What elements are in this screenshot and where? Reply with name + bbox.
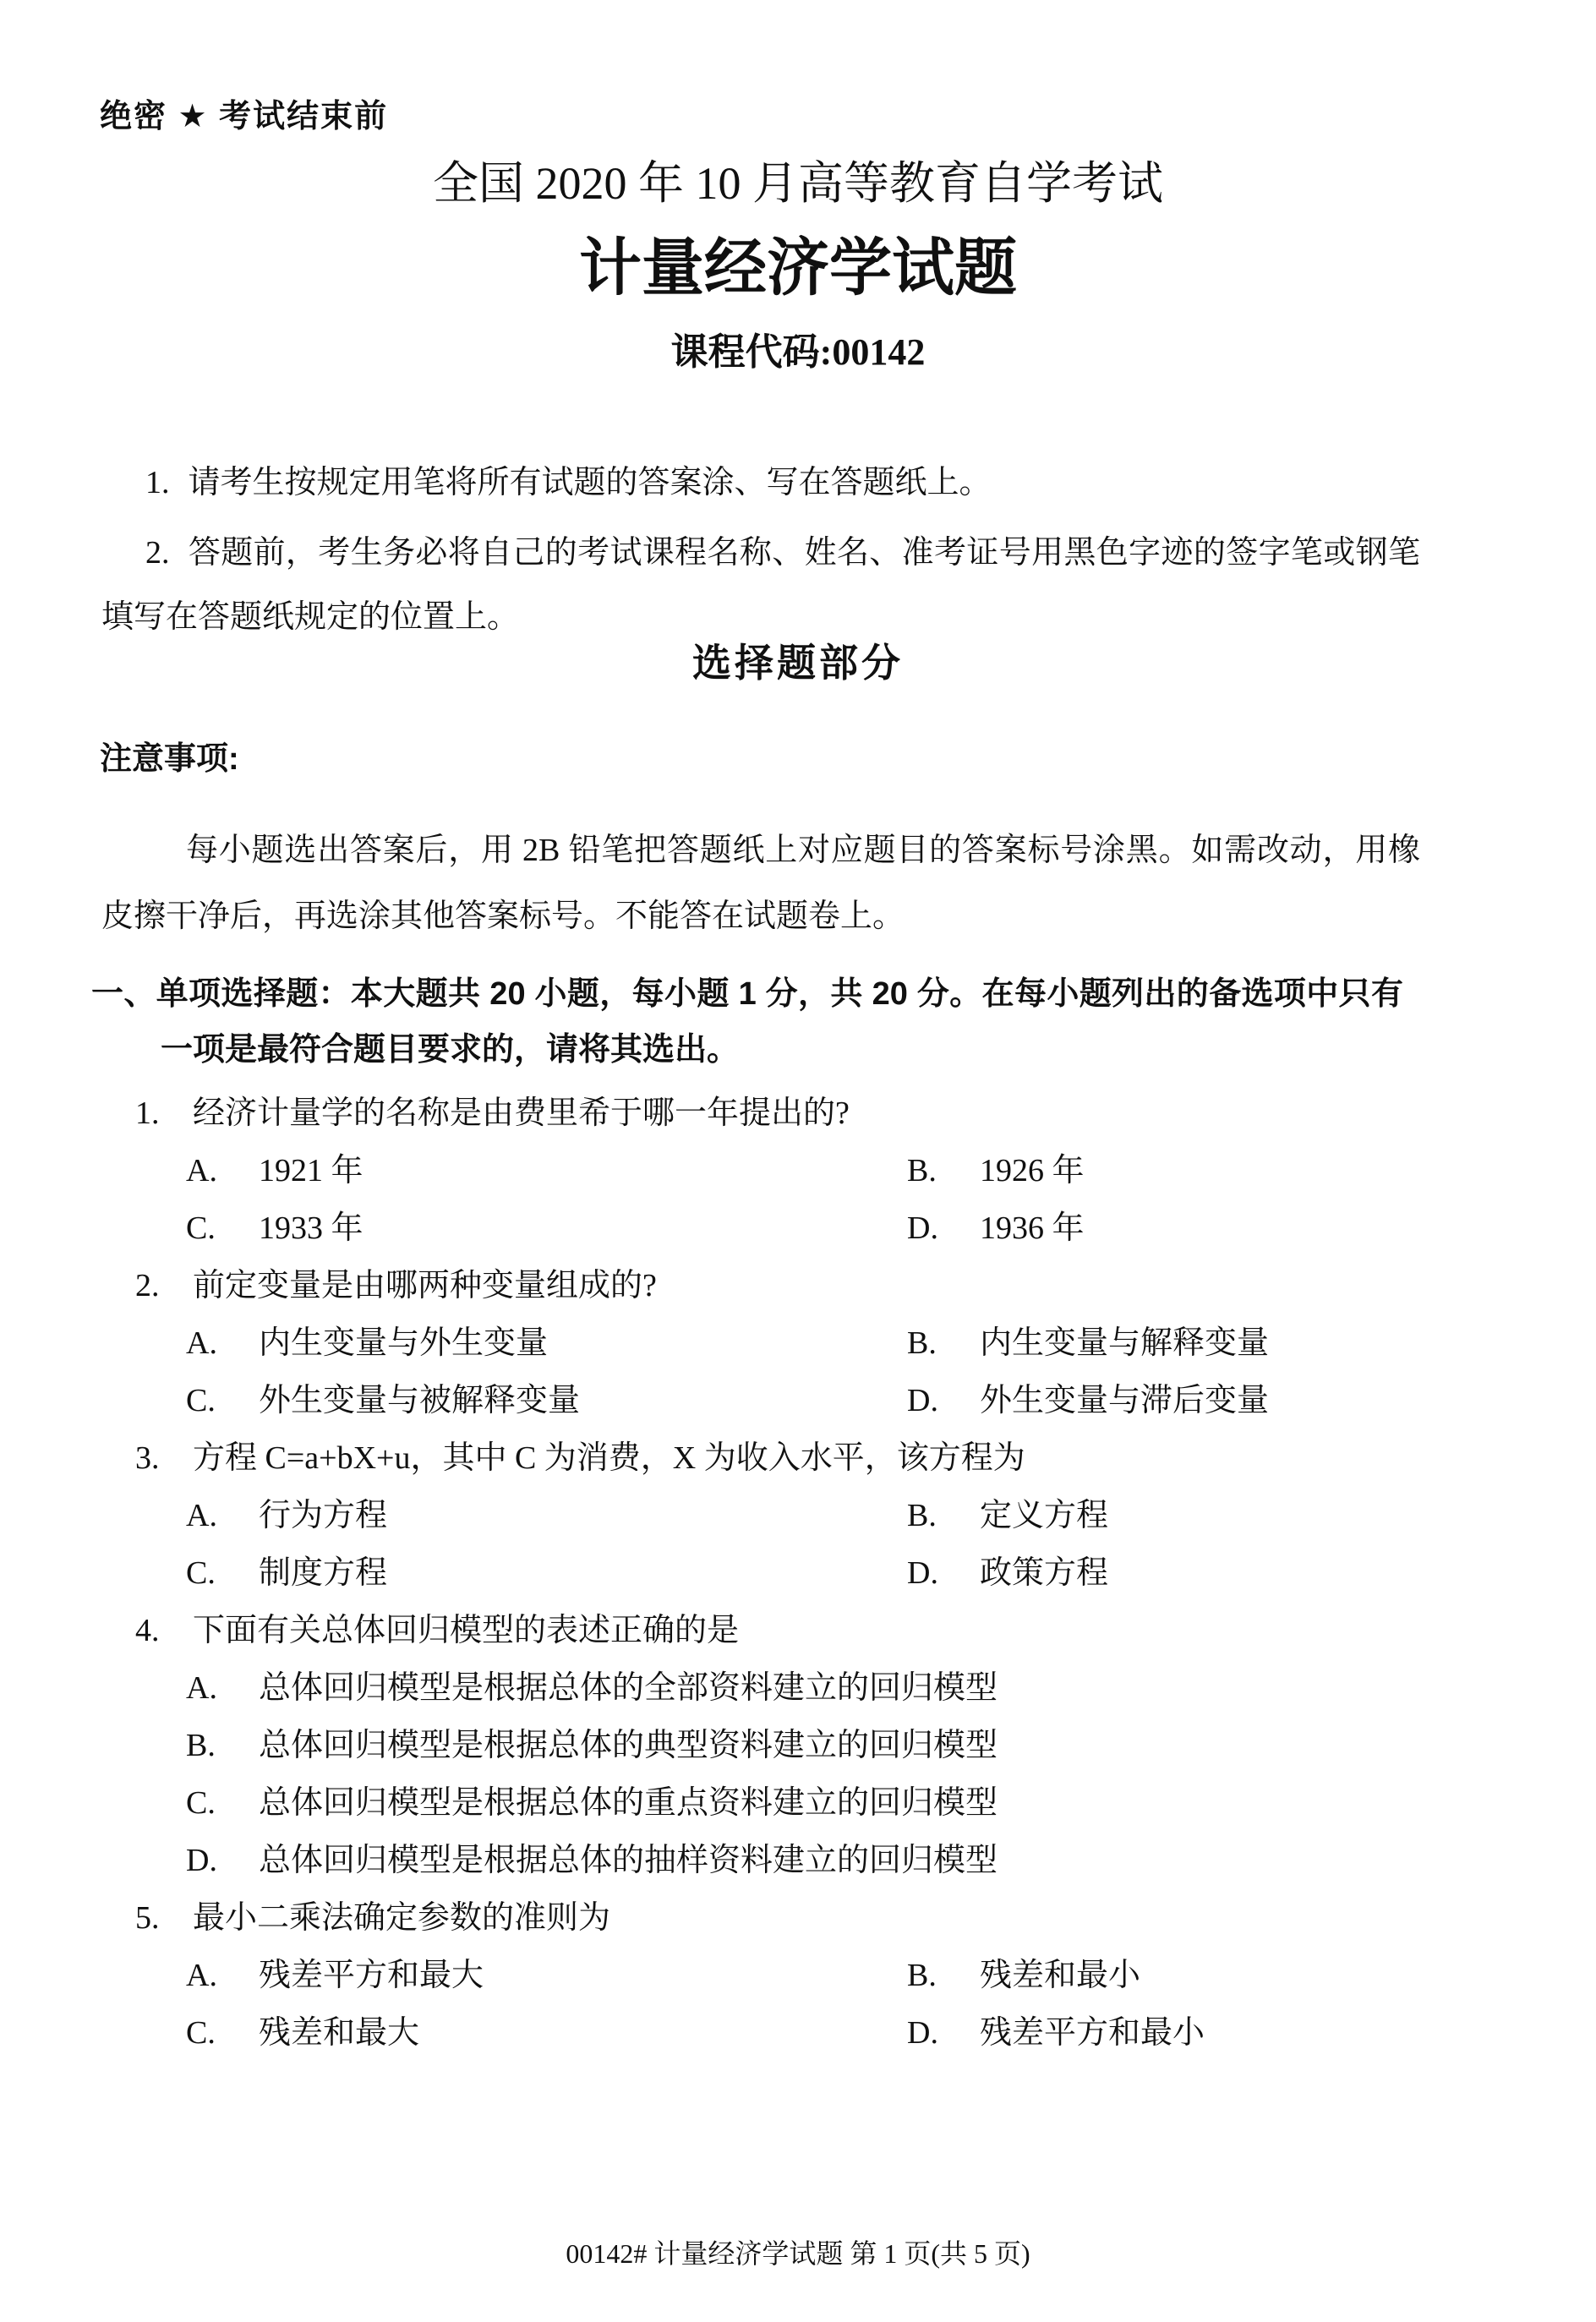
notes-label: 注意事项: (100, 740, 239, 778)
answer-option: B.总体回归模型是根据总体的典型资料建立的回归模型 (186, 1717, 997, 1774)
question-text: 最小二乘法确定参数的准则为 (193, 1900, 610, 1936)
option-letter: A. (186, 1314, 259, 1372)
option-row: A.内生变量与外生变量B.内生变量与解释变量 (101, 1314, 1496, 1372)
option-row: B.总体回归模型是根据总体的典型资料建立的回归模型 (101, 1717, 1496, 1774)
part-one-heading: 一、单项选择题：本大题共 20 小题，每小题 1 分，共 20 分。在每小题列出… (91, 966, 1403, 1078)
option-letter: A. (186, 1659, 259, 1717)
option-text: 外生变量与被解释变量 (259, 1383, 580, 1418)
answer-option: C.外生变量与被解释变量 (186, 1372, 907, 1429)
option-letter: C. (186, 1199, 259, 1257)
option-text: 外生变量与滞后变量 (980, 1383, 1269, 1418)
answer-option: D.外生变量与滞后变量 (907, 1372, 1269, 1429)
option-letter: C. (186, 2004, 259, 2062)
option-letter: B. (907, 1947, 980, 2004)
option-row: C.总体回归模型是根据总体的重点资料建立的回归模型 (101, 1774, 1496, 1832)
page-number-label: 00142# 计量经济学试题 第 1 页(共 5 页) (566, 2238, 1030, 2269)
option-letter: B. (907, 1487, 980, 1544)
answer-option: C.总体回归模型是根据总体的重点资料建立的回归模型 (186, 1774, 997, 1832)
option-text: 残差平方和最大 (259, 1958, 484, 1993)
option-letter: D. (186, 1832, 259, 1889)
option-text: 1926 年 (980, 1153, 1085, 1188)
option-row: A.总体回归模型是根据总体的全部资料建立的回归模型 (101, 1659, 1496, 1717)
answer-option: C.制度方程 (186, 1544, 907, 1602)
instruction-text: 答题前，考生务必将自己的考试课程名称、姓名、准考证号用黑色字迹的签字笔或钢笔填写… (101, 535, 1420, 635)
option-row: A.行为方程B.定义方程 (101, 1487, 1496, 1544)
exam-paper-page: 绝密 ★ 考试结束前 全国 2020 年 10 月高等教育自学考试 计量经济学试… (0, 0, 1596, 2322)
answer-option: D.1936 年 (907, 1199, 1085, 1257)
option-row: A.残差平方和最大B.残差和最小 (101, 1947, 1496, 2004)
question-row: 3.方程 C=a+bX+u，其中 C 为消费，X 为收入水平，该方程为 (101, 1429, 1496, 1487)
option-text: 总体回归模型是根据总体的全部资料建立的回归模型 (259, 1670, 997, 1706)
option-text: 残差平方和最小 (980, 2015, 1205, 2051)
general-instruction-1: 1.请考生按规定用笔将所有试题的答案涂、写在答题纸上。 (101, 453, 1420, 512)
course-code: 课程代码:00142 (0, 330, 1596, 375)
option-row: D.总体回归模型是根据总体的抽样资料建立的回归模型 (101, 1832, 1496, 1889)
option-text: 行为方程 (259, 1498, 387, 1533)
answer-option: C.1933 年 (186, 1199, 907, 1257)
option-letter: D. (907, 1372, 980, 1429)
question-row: 2.前定变量是由哪两种变量组成的? (101, 1257, 1496, 1314)
answer-option: C.残差和最大 (186, 2004, 907, 2062)
question-text: 下面有关总体回归模型的表述正确的是 (193, 1613, 739, 1648)
option-letter: D. (907, 1199, 980, 1257)
option-text: 总体回归模型是根据总体的重点资料建立的回归模型 (259, 1785, 997, 1821)
answer-option: A.残差平方和最大 (186, 1947, 907, 2004)
option-text: 1933 年 (259, 1210, 363, 1246)
question-row: 4.下面有关总体回归模型的表述正确的是 (101, 1602, 1496, 1659)
answer-option: A.1921 年 (186, 1142, 907, 1199)
notes-text: 每小题选出答案后，用 2B 铅笔把答题纸上对应题目的答案标号涂黑。如需改动，用橡… (101, 817, 1420, 949)
question-text: 经济计量学的名称是由费里希于哪一年提出的? (193, 1095, 850, 1131)
answer-option: B.残差和最小 (907, 1947, 1140, 2004)
question-number: 5. (135, 1889, 193, 1947)
question-row: 1.经济计量学的名称是由费里希于哪一年提出的? (101, 1085, 1496, 1142)
option-letter: C. (186, 1774, 259, 1832)
option-letter: B. (907, 1142, 980, 1199)
question-number: 3. (135, 1429, 193, 1487)
option-text: 政策方程 (980, 1555, 1108, 1591)
option-letter: B. (907, 1314, 980, 1372)
option-letter: B. (186, 1717, 259, 1774)
option-text: 残差和最大 (259, 2015, 419, 2051)
answer-option: D.总体回归模型是根据总体的抽样资料建立的回归模型 (186, 1832, 997, 1889)
option-text: 残差和最小 (980, 1958, 1140, 1993)
instruction-text: 请考生按规定用笔将所有试题的答案涂、写在答题纸上。 (189, 465, 992, 500)
option-row: C.制度方程D.政策方程 (101, 1544, 1496, 1602)
option-text: 制度方程 (259, 1555, 387, 1591)
option-letter: A. (186, 1142, 259, 1199)
question-list: 1.经济计量学的名称是由费里希于哪一年提出的?A.1921 年B.1926 年C… (101, 1085, 1496, 2062)
general-instruction-2: 2.答题前，考生务必将自己的考试课程名称、姓名、准考证号用黑色字迹的签字笔或钢笔… (101, 521, 1420, 649)
paper-title: 计量经济学试题 (0, 230, 1596, 308)
option-letter: C. (186, 1372, 259, 1429)
answer-option: A.内生变量与外生变量 (186, 1314, 907, 1372)
option-row: C.残差和最大D.残差平方和最小 (101, 2004, 1496, 2062)
part-heading-text: 单项选择题：本大题共 20 小题，每小题 1 分，共 20 分。在每小题列出的备… (156, 976, 1403, 1068)
option-text: 总体回归模型是根据总体的典型资料建立的回归模型 (259, 1728, 997, 1763)
answer-option: D.残差平方和最小 (907, 2004, 1205, 2062)
option-letter: A. (186, 1487, 259, 1544)
question-row: 5.最小二乘法确定参数的准则为 (101, 1889, 1496, 1947)
part-marker: 一、 (91, 976, 156, 1012)
option-letter: D. (907, 2004, 980, 2062)
instruction-number: 2. (145, 535, 170, 571)
option-row: C.1933 年D.1936 年 (101, 1199, 1496, 1257)
question-text: 前定变量是由哪两种变量组成的? (193, 1268, 657, 1303)
question-text: 方程 C=a+bX+u，其中 C 为消费，X 为收入水平，该方程为 (193, 1440, 1025, 1476)
option-text: 1936 年 (980, 1210, 1085, 1246)
question-number: 1. (135, 1085, 193, 1142)
answer-option: B.内生变量与解释变量 (907, 1314, 1269, 1372)
option-letter: A. (186, 1947, 259, 2004)
answer-option: B.定义方程 (907, 1487, 1108, 1544)
page-footer: 00142# 计量经济学试题 第 1 页(共 5 页) (0, 2235, 1596, 2272)
option-text: 内生变量与解释变量 (980, 1325, 1269, 1361)
option-letter: C. (186, 1544, 259, 1602)
option-text: 定义方程 (980, 1498, 1108, 1533)
exam-title: 全国 2020 年 10 月高等教育自学考试 (0, 157, 1596, 210)
option-row: C.外生变量与被解释变量D.外生变量与滞后变量 (101, 1372, 1496, 1429)
answer-option: A.行为方程 (186, 1487, 907, 1544)
option-text: 总体回归模型是根据总体的抽样资料建立的回归模型 (259, 1843, 997, 1878)
security-label: 绝密 ★ 考试结束前 (100, 98, 388, 135)
answer-option: D.政策方程 (907, 1544, 1108, 1602)
option-text: 1921 年 (259, 1153, 363, 1188)
answer-option: A.总体回归模型是根据总体的全部资料建立的回归模型 (186, 1659, 997, 1717)
option-text: 内生变量与外生变量 (259, 1325, 548, 1361)
answer-option: B.1926 年 (907, 1142, 1085, 1199)
option-row: A.1921 年B.1926 年 (101, 1142, 1496, 1199)
instruction-number: 1. (145, 465, 170, 500)
section-heading: 选择题部分 (0, 639, 1596, 686)
question-number: 2. (135, 1257, 193, 1314)
question-number: 4. (135, 1602, 193, 1659)
option-letter: D. (907, 1544, 980, 1602)
